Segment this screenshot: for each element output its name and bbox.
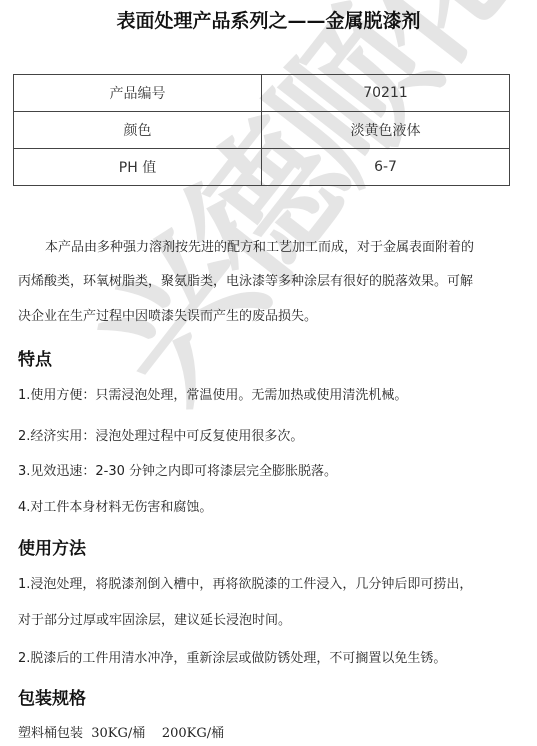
- packaging-text: 塑料桶包装 30KG/桶 200KG/桶: [18, 722, 224, 741]
- spec-value: 6-7: [262, 149, 510, 186]
- watermark: 兴德顺化工: [40, 0, 537, 433]
- usage-item: 2.脱漆后的工件用清水冲净，重新涂层或做防锈处理，不可搁置以免生锈。: [18, 647, 446, 666]
- table-row: 产品编号 70211: [14, 75, 510, 112]
- packaging-heading: 包装规格: [18, 684, 86, 709]
- usage-item: 对于部分过厚或牢固涂层，建议延长浸泡时间。: [18, 609, 291, 628]
- usage-item: 1.浸泡处理，将脱漆剂倒入槽中，再将欲脱漆的工件浸入，几分钟后即可捞出，: [18, 573, 472, 592]
- table-row: 颜色 淡黄色液体: [14, 112, 510, 149]
- usage-heading: 使用方法: [18, 534, 86, 559]
- feature-item: 3.见效迅速：2-30 分钟之内即可将漆层完全膨胀脱落。: [18, 460, 337, 479]
- feature-item: 2.经济实用：浸泡处理过程中可反复使用很多次。: [18, 425, 303, 444]
- spec-value: 70211: [262, 75, 510, 112]
- intro-line: 本产品由多种强力溶剂按先进的配方和工艺加工而成，对于金属表面附着的: [45, 236, 474, 255]
- intro-line: 决企业在生产过程中因喷漆失误而产生的废品损失。: [18, 305, 317, 324]
- page-title: 表面处理产品系列之——金属脱漆剂: [0, 6, 537, 33]
- spec-label: 颜色: [14, 112, 262, 149]
- feature-item: 4.对工件本身材料无伤害和腐蚀。: [18, 496, 212, 515]
- spec-table: 产品编号 70211 颜色 淡黄色液体 PH 值 6-7: [13, 74, 510, 186]
- intro-line: 丙烯酸类，环氧树脂类，聚氨脂类，电泳漆等多种涂层有很好的脱落效果。可解: [18, 270, 473, 289]
- spec-label: 产品编号: [14, 75, 262, 112]
- feature-item: 1.使用方便：只需浸泡处理，常温使用。无需加热或使用清洗机械。: [18, 384, 407, 403]
- spec-label: PH 值: [14, 149, 262, 186]
- table-row: PH 值 6-7: [14, 149, 510, 186]
- features-heading: 特点: [18, 345, 52, 370]
- spec-value: 淡黄色液体: [262, 112, 510, 149]
